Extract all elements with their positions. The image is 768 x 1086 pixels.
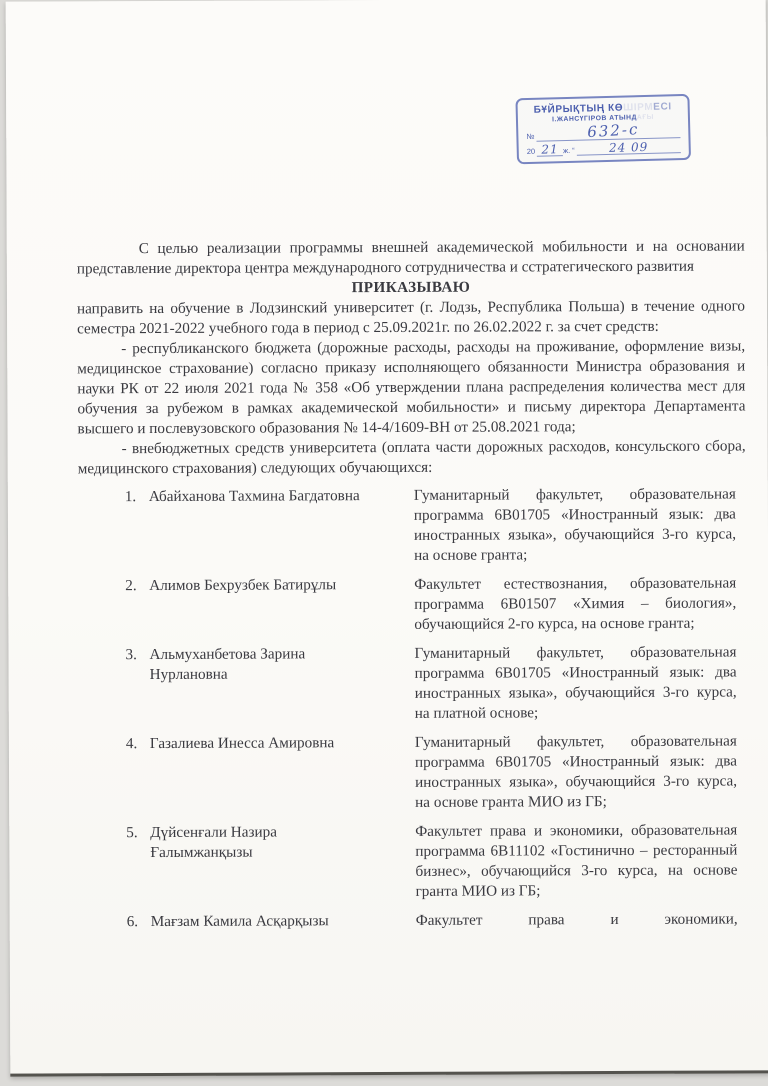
student-number: 6. (127, 912, 151, 932)
student-number: 1. (125, 487, 149, 567)
student-name: Дүйсенғали Назира Ғалымжанқызы (150, 822, 385, 903)
funding-budget-clause: - республиканского бюджета (дорожные рас… (77, 336, 745, 439)
students-list: 1. Абайханова Тахмина Багдатовна Гуманит… (78, 484, 748, 932)
document-body: С целью реализации программы внешней ака… (76, 0, 748, 941)
student-description: Гуманитарный факультет, образовательная … (415, 731, 737, 812)
funding-extrabudget-clause: - внебюджетных средств университета (опл… (78, 436, 746, 479)
student-description: Факультет права и экономики, (416, 909, 738, 930)
student-description: Гуманитарный факультет, образовательная … (414, 642, 736, 723)
student-list-item: 2. Алимов Бехрузбек Батирұлы Факультет е… (125, 573, 746, 636)
student-description: Факультет естествознания, образовательна… (414, 573, 736, 634)
student-name: Мағзам Камила Асқарқызы (151, 911, 386, 932)
student-name: Абайханова Тахмина Багдатовна (149, 486, 384, 567)
intro-paragraph: С целью реализации программы внешней ака… (77, 236, 745, 279)
student-list-item: 5. Дүйсенғали Назира Ғалымжанқызы Факуль… (126, 820, 747, 903)
student-description: Факультет права и экономики, образовател… (415, 820, 737, 901)
student-list-item: 3. Альмуханбетова Зарина Нурлановна Гума… (125, 642, 746, 725)
order-paragraph: направить на обучение в Лодзинский униве… (77, 296, 745, 339)
document-page: БҰЙРЫҚТЫҢ КӨШІРМЕСІ І.ЖАНСҮГІРОВ АТЫНДАҒ… (6, 0, 768, 1077)
student-name: Газалиева Инесса Амировна (150, 733, 385, 814)
student-description: Гуманитарный факультет, образовательная … (414, 484, 736, 565)
student-name: Алимов Бехрузбек Батирұлы (149, 575, 384, 636)
student-number: 3. (125, 645, 149, 725)
student-number: 2. (125, 576, 149, 636)
student-name: Альмуханбетова Зарина Нурлановна (149, 644, 384, 725)
student-number: 5. (126, 823, 150, 903)
student-list-item: 4. Газалиева Инесса Амировна Гуманитарны… (126, 731, 747, 814)
student-list-item: 6. Мағзам Камила Асқарқызы Факультет пра… (127, 909, 748, 932)
student-list-item: 1. Абайханова Тахмина Багдатовна Гуманит… (125, 484, 746, 567)
student-number: 4. (126, 734, 150, 814)
